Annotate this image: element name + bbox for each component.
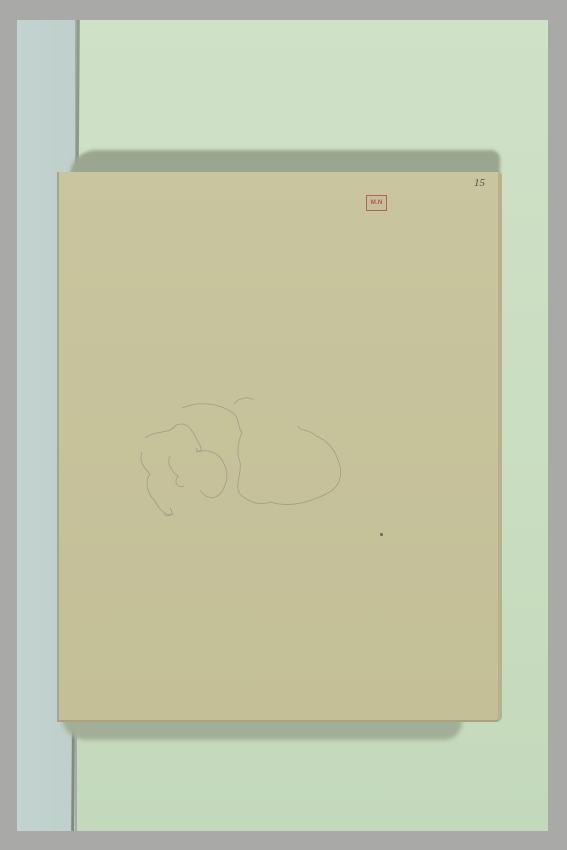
pencil-sketch-icon: [130, 390, 360, 540]
pencil-mark: [380, 533, 383, 536]
page-number: 15: [474, 177, 485, 189]
collection-stamp: M.N: [366, 195, 387, 211]
